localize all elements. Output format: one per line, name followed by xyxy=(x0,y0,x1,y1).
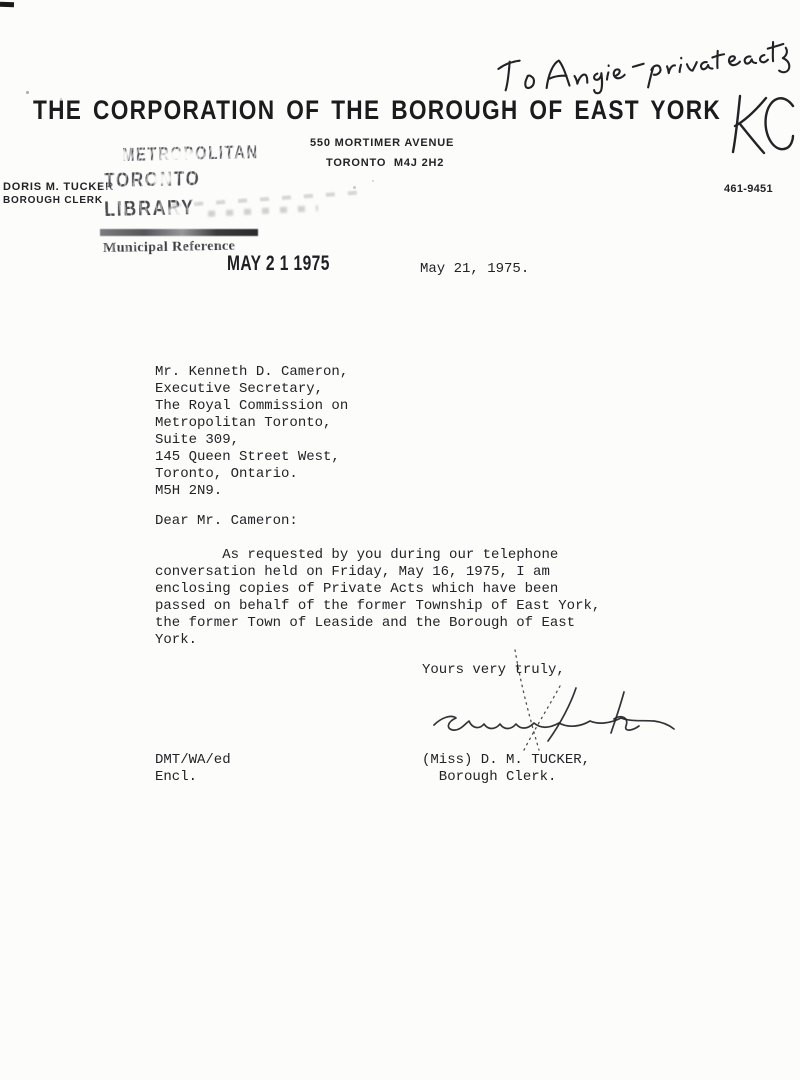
letterhead-organization: THE CORPORATION OF THE BOROUGH OF EAST Y… xyxy=(33,95,721,126)
text-line: M5H 2N9. xyxy=(155,483,348,500)
text-line: Toronto, Ontario. xyxy=(155,466,348,483)
scan-artifact-corner xyxy=(0,2,14,7)
library-date-received-stamp: MAY 2 1 1975 xyxy=(227,252,330,277)
library-stamp-line-metropolitan: METROPOLITAN xyxy=(122,142,259,166)
letterhead-clerk-name: DORIS M. TUCKER xyxy=(3,181,114,193)
salutation: Dear Mr. Cameron: xyxy=(155,513,298,530)
library-stamp-bar xyxy=(100,229,258,236)
library-stamp-line-toronto: TORONTO xyxy=(104,168,201,193)
scan-speck xyxy=(353,186,356,189)
signature-name: (Miss) D. M. TUCKER, xyxy=(422,752,590,769)
text-line: conversation held on Friday, May 16, 197… xyxy=(155,564,600,581)
handwritten-signature xyxy=(428,683,680,758)
text-line: As requested by you during our telephone xyxy=(155,547,600,564)
text-line: The Royal Commission on xyxy=(155,398,348,415)
scan-smudge xyxy=(208,205,318,217)
typist-reference: DMT/WA/ed xyxy=(155,752,231,769)
scan-speck xyxy=(372,180,374,182)
text-line: Suite 309, xyxy=(155,432,348,449)
letterhead-address-line1: 550 MORTIMER AVENUE xyxy=(310,137,454,149)
text-line: the former Town of Leaside and the Borou… xyxy=(155,615,600,632)
scanned-letter-page: THE CORPORATION OF THE BOROUGH OF EAST Y… xyxy=(0,0,800,1080)
recipient-address-block: Mr. Kenneth D. Cameron,Executive Secreta… xyxy=(155,364,348,500)
letterhead-phone: 461-9451 xyxy=(724,183,773,195)
text-line: Executive Secretary, xyxy=(155,381,348,398)
scan-speck xyxy=(26,91,29,94)
text-line: Metropolitan Toronto, xyxy=(155,415,348,432)
library-stamp-line-library: LIBRARY xyxy=(104,196,195,222)
text-line: Mr. Kenneth D. Cameron, xyxy=(155,364,348,381)
letterhead-clerk-title: BOROUGH CLERK xyxy=(3,195,103,206)
handwritten-initials xyxy=(727,90,799,158)
enclosure-note: Encl. xyxy=(155,769,197,786)
scan-smudge xyxy=(172,190,362,207)
text-line: passed on behalf of the former Township … xyxy=(155,598,600,615)
letter-body: As requested by you during our telephone… xyxy=(155,547,600,649)
library-stamp-department: Municipal Reference xyxy=(103,239,235,257)
text-line: enclosing copies of Private Acts which h… xyxy=(155,581,600,598)
text-line: 145 Queen Street West, xyxy=(155,449,348,466)
letterhead-address-line2: TORONTO M4J 2H2 xyxy=(326,157,444,169)
letter-date: May 21, 1975. xyxy=(420,261,529,278)
signature-title: Borough Clerk. xyxy=(422,769,556,786)
